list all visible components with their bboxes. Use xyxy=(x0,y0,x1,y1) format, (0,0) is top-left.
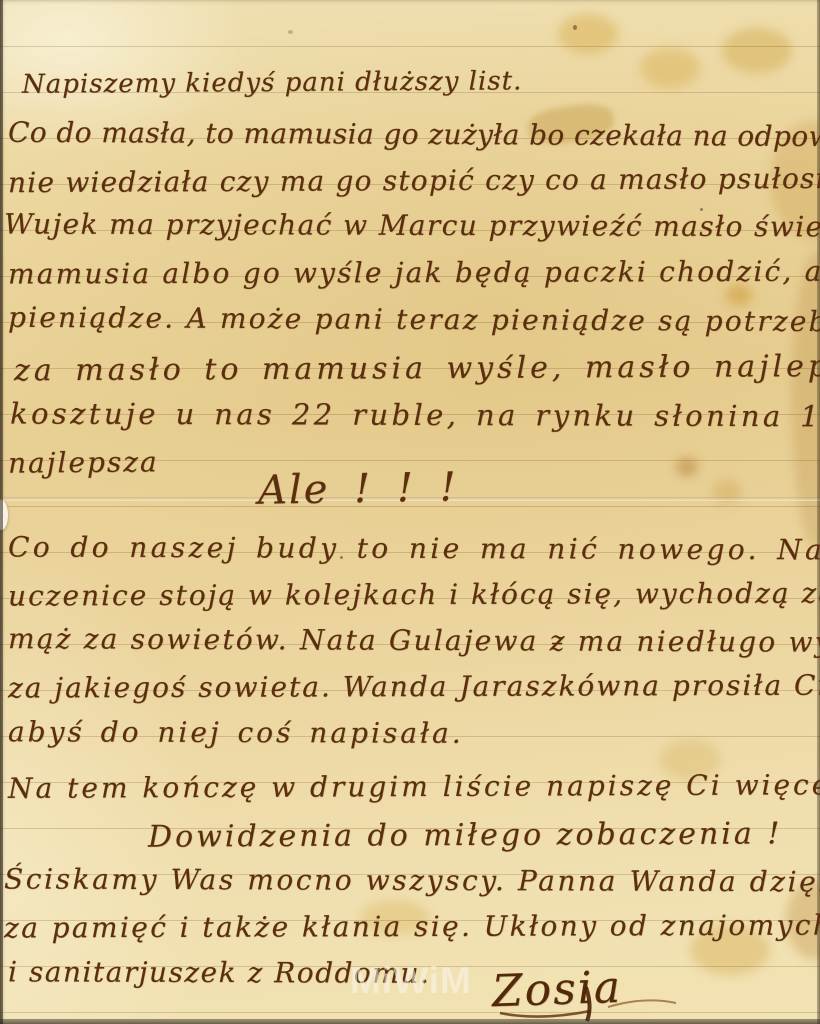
stain xyxy=(676,458,698,476)
speck xyxy=(288,30,293,34)
letter-line: za masło to mamusia wyśle, masło najleps… xyxy=(14,349,820,389)
letter-line: uczenice stoją w kolejkach i kłócą się, … xyxy=(8,577,820,613)
scan-edge-left xyxy=(0,0,3,1024)
letter-line: Ściskamy Was mocno wszyscy. Panna Wanda … xyxy=(4,862,820,898)
letter-line: Co do masła, to mamusia go zużyła bo cze… xyxy=(8,116,820,154)
letter-headline: Ale ! ! ! xyxy=(258,464,458,513)
letter-line: nie wiedziała czy ma go stopić czy co a … xyxy=(8,162,820,199)
letter-line: kosztuje u nas 22 ruble, na rynku słonin… xyxy=(10,396,820,433)
letter-line: abyś do niej coś napisała. xyxy=(8,715,464,750)
letter-closing: Dowidzenia do miłego zobaczenia ! xyxy=(148,816,783,854)
letter-line: mąż za sowietów. Nata Gulajewa ƶ ma nied… xyxy=(8,622,820,659)
letter-line: mamusia albo go wyśle jak będą paczki ch… xyxy=(8,254,820,290)
stain xyxy=(640,48,700,88)
letter-line: Na tem kończę w drugim liście napiszę Ci… xyxy=(8,768,820,805)
stain xyxy=(558,14,618,54)
letter-line: najlepsza xyxy=(8,445,159,479)
speck xyxy=(573,25,577,30)
stain xyxy=(722,28,792,73)
paper-tear xyxy=(0,500,8,530)
letter-line: Co do naszej budy to nie ma nić nowego. … xyxy=(8,530,820,566)
letter-line: i sanitarjuszek z Roddomu. xyxy=(8,955,430,989)
letter-line: pieniądze. A może pani teraz pieniądze s… xyxy=(8,301,820,339)
letter-line: za jakiegoś sowieta. Wanda Jaraszkówna p… xyxy=(8,669,820,705)
letter-line: Wujek ma przyjechać w Marcu przywieźć ma… xyxy=(4,207,820,243)
signature-flourish xyxy=(490,985,700,1024)
letter-line: Napiszemy kiedyś pani dłuższy list. xyxy=(22,66,523,99)
letter-scan: Napiszemy kiedyś pani dłuższy list. Co d… xyxy=(0,0,820,1024)
stain xyxy=(712,480,742,504)
letter-line: za pamięć i także kłania się. Ukłony od … xyxy=(4,909,820,945)
